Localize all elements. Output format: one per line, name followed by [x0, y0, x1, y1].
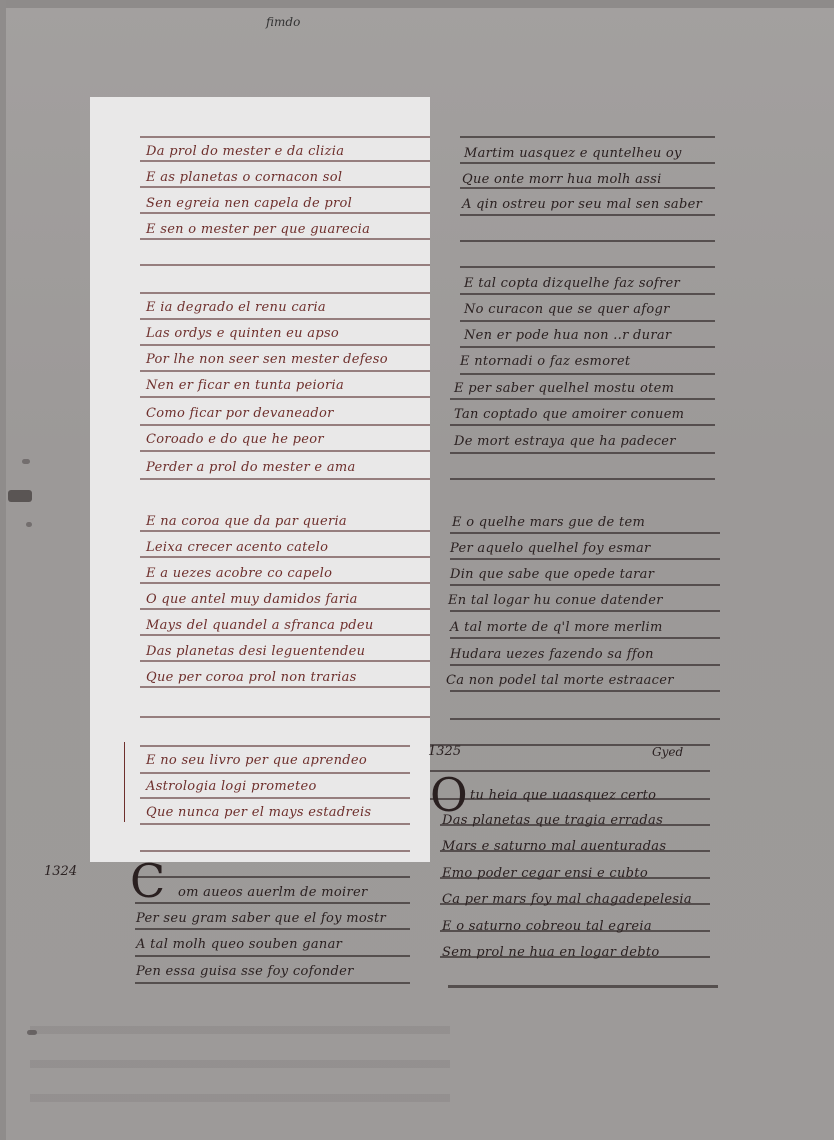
verse-line: Perder a prol do mester e ama	[146, 460, 356, 475]
verse-line: E na coroa que da par queria	[146, 514, 347, 529]
verse-line: Ca per mars foy mal chagadepelesia	[442, 892, 692, 907]
verse-line: Nen er pode hua non ..r durar	[464, 328, 671, 343]
verse-line: Ca non podel tal morte estraacer	[446, 673, 674, 688]
verse-line: Emo poder cegar ensi e cubto	[442, 866, 648, 881]
verse-line: E no seu livro per que aprendeo	[146, 753, 367, 768]
verse-line: Por lhe non seer sen mester defeso	[146, 352, 388, 367]
verse-line: A qin ostreu por seu mal sen saber	[462, 197, 702, 212]
verse-line: Da prol do mester e da clizia	[146, 144, 344, 159]
verse-line: Las ordys e quinten eu apso	[146, 326, 339, 341]
verse-line: O que antel muy damidos faria	[146, 592, 358, 607]
manuscript-page: fimdo Da prol do mester e da clizia	[0, 0, 834, 1140]
verse-line: E o saturno cobreou tal egreia	[442, 919, 652, 934]
verse-line: Astrologia logi prometeo	[146, 779, 317, 794]
verse-line: E sen o mester per que guarecia	[146, 222, 370, 237]
page-edge	[0, 0, 6, 1140]
ink-smudge	[27, 1030, 37, 1035]
verse-line: Mays del quandel a sfranca pdeu	[146, 618, 374, 633]
verse-line: Das planetas que tragia erradas	[442, 813, 663, 828]
verse-line: Pen essa guisa sse foy cofonder	[136, 964, 354, 979]
verse-line: Tan coptado que amoirer conuem	[454, 407, 684, 422]
verse-line: Das planetas desi leguentendeu	[146, 644, 365, 659]
verse-line: De mort estraya que ha padecer	[454, 434, 676, 449]
verse-line: Que onte morr hua molh assi	[462, 172, 662, 187]
verse-line: E tal copta dizquelhe faz sofrer	[464, 276, 680, 291]
verse-line: Din que sabe que opede tarar	[450, 567, 654, 582]
ink-smudge	[26, 522, 32, 527]
verse-line: Como ficar por devaneador	[146, 406, 334, 421]
illuminated-initial: C	[130, 858, 165, 904]
page-top-shadow	[0, 0, 834, 8]
header-note: fimdo	[266, 15, 300, 29]
verse-line: Leixa crecer acento catelo	[146, 540, 328, 555]
verse-line: E ia degrado el renu caria	[146, 300, 326, 315]
marginal-note: Gyed	[652, 745, 683, 759]
illuminated-initial: O	[430, 772, 468, 818]
verse-line: Hudara uezes fazendo sa ffon	[450, 647, 654, 662]
verse-line: E per saber quelhel mostu otem	[454, 381, 674, 396]
verse-line: E ntornadi o faz esmoret	[460, 354, 630, 369]
ink-smudge	[8, 490, 32, 502]
verse-line: A tal molh queo souben ganar	[136, 937, 342, 952]
verse-line: tu heia que uaasquez certo	[470, 788, 656, 803]
verse-line: Que per coroa prol non trarias	[146, 670, 357, 685]
folio-number-left: 1324	[44, 864, 77, 879]
verse-line: Per seu gram saber que el foy mostr	[136, 911, 386, 926]
verse-line: No curacon que se quer afogr	[464, 302, 670, 317]
verse-line: A tal morte de q'l more merlim	[450, 620, 663, 635]
folio-number-right: 1325	[428, 744, 461, 759]
verse-line: Mars e saturno mal auenturadas	[442, 839, 666, 854]
verse-line: Sen egreia nen capela de prol	[146, 196, 352, 211]
verse-line: E as planetas o cornacon sol	[146, 170, 342, 185]
marginal-bracket	[124, 742, 131, 822]
verse-line: En tal logar hu conue datender	[448, 593, 663, 608]
verse-line: Per aquelo quelhel foy esmar	[450, 541, 651, 556]
verse-line: E o quelhe mars gue de tem	[452, 515, 645, 530]
verse-line: Nen er ficar en tunta peioria	[146, 378, 344, 393]
verse-line: Coroado e do que he peor	[146, 432, 324, 447]
verse-line: E a uezes acobre co capelo	[146, 566, 332, 581]
verse-line: Martim uasquez e quntelheu oy	[464, 146, 682, 161]
ink-smudge	[22, 459, 30, 464]
ink-bleed-through	[30, 1000, 450, 1120]
verse-line: Sem prol ne hua en logar debto	[442, 945, 660, 960]
verse-line: om aueos auerlm de moirer	[178, 885, 367, 900]
verse-line: Que nunca per el mays estadreis	[146, 805, 371, 820]
